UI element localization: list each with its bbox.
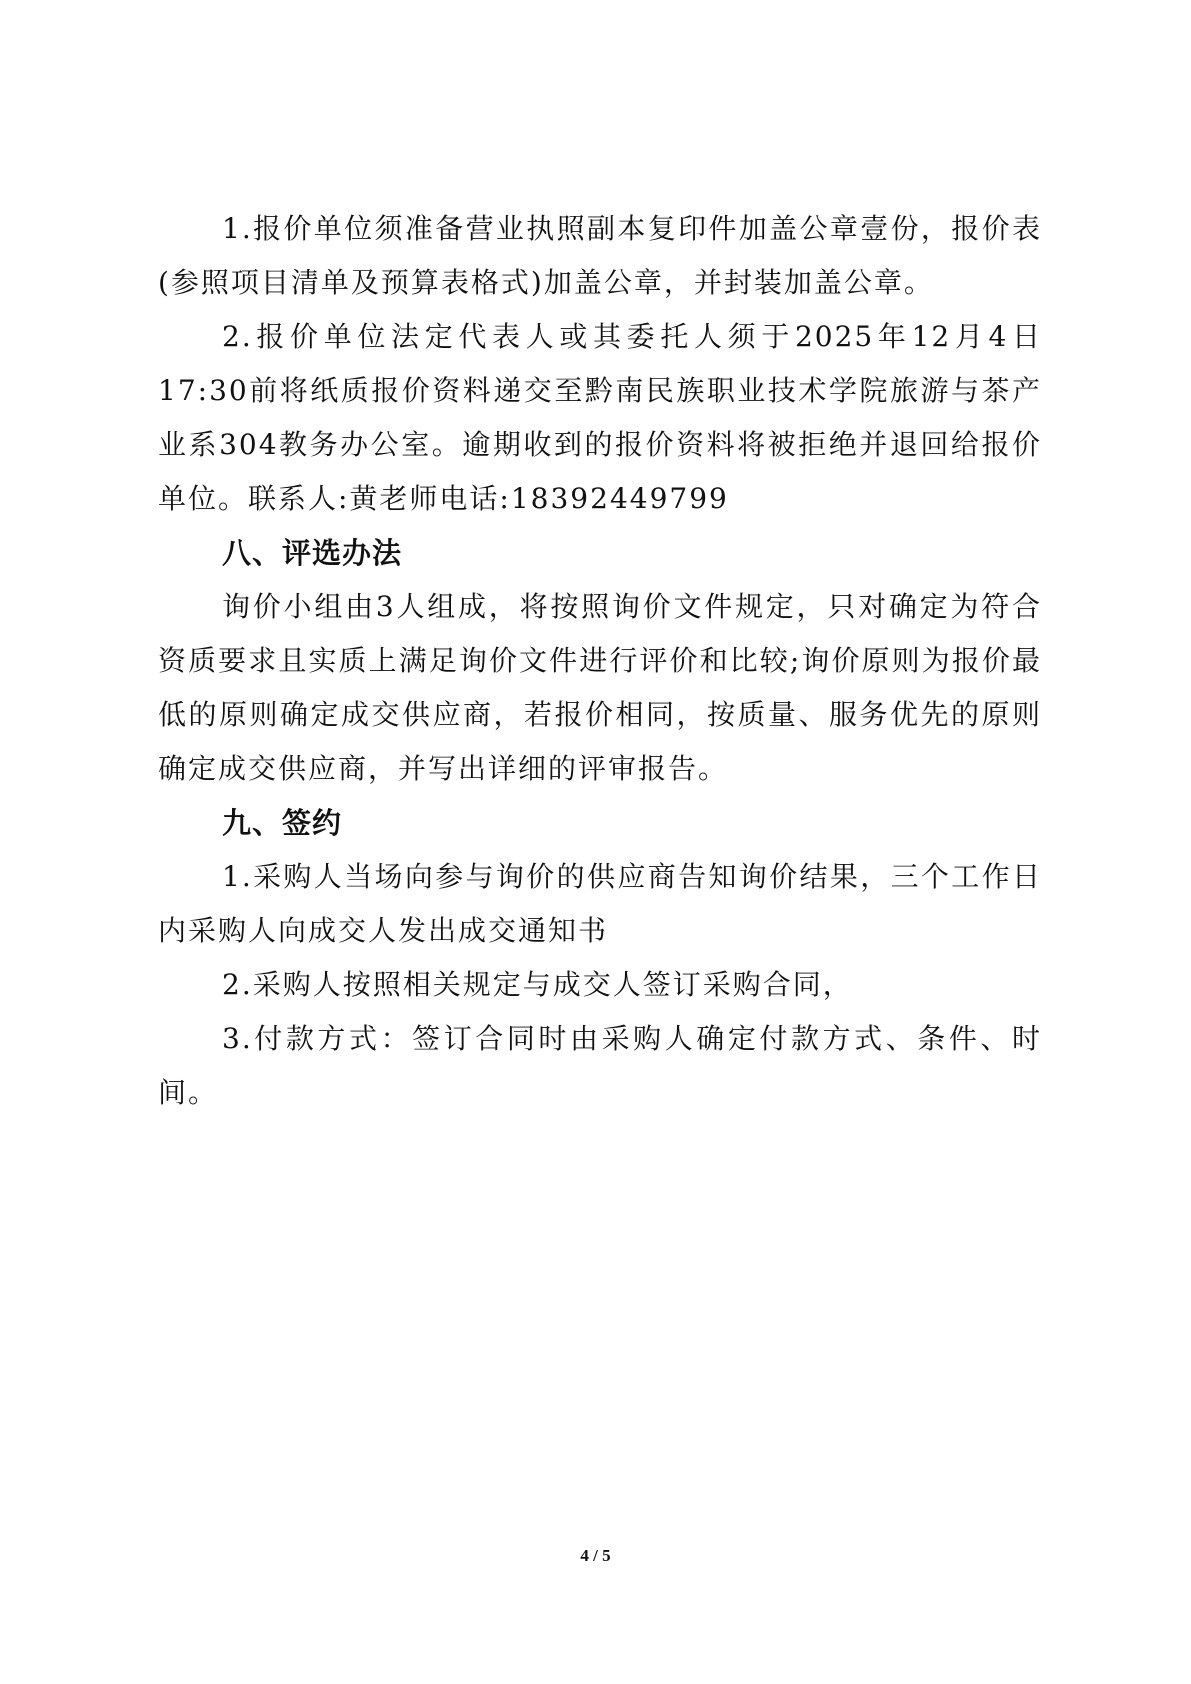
document-page: 1.报价单位须准备营业执照副本复印件加盖公章壹份，报价表(参照项目清单及预算表格… [158,202,1042,1120]
paragraph-signing-item-1: 1.采购人当场向参与询价的供应商告知询价结果，三个工作日内采购人向成交人发出成交… [158,850,1042,958]
section-heading-signing: 九、签约 [158,796,1042,850]
paragraph-evaluation-method: 询价小组由3人组成，将按照询价文件规定，只对确定为符合资质要求且实质上满足询价文… [158,580,1042,796]
paragraph-quote-requirements: 1.报价单位须准备营业执照副本复印件加盖公章壹份，报价表(参照项目清单及预算表格… [158,202,1042,310]
paragraph-signing-item-3: 3.付款方式：签订合同时由采购人确定付款方式、条件、时间。 [158,1012,1042,1120]
paragraph-signing-item-2: 2.采购人按照相关规定与成交人签订采购合同， [158,958,1042,1012]
page-number: 4 / 5 [0,1546,1191,1566]
paragraph-submission-deadline: 2.报价单位法定代表人或其委托人须于2025年12月4日17:30前将纸质报价资… [158,310,1042,526]
section-heading-evaluation: 八、评选办法 [158,526,1042,580]
